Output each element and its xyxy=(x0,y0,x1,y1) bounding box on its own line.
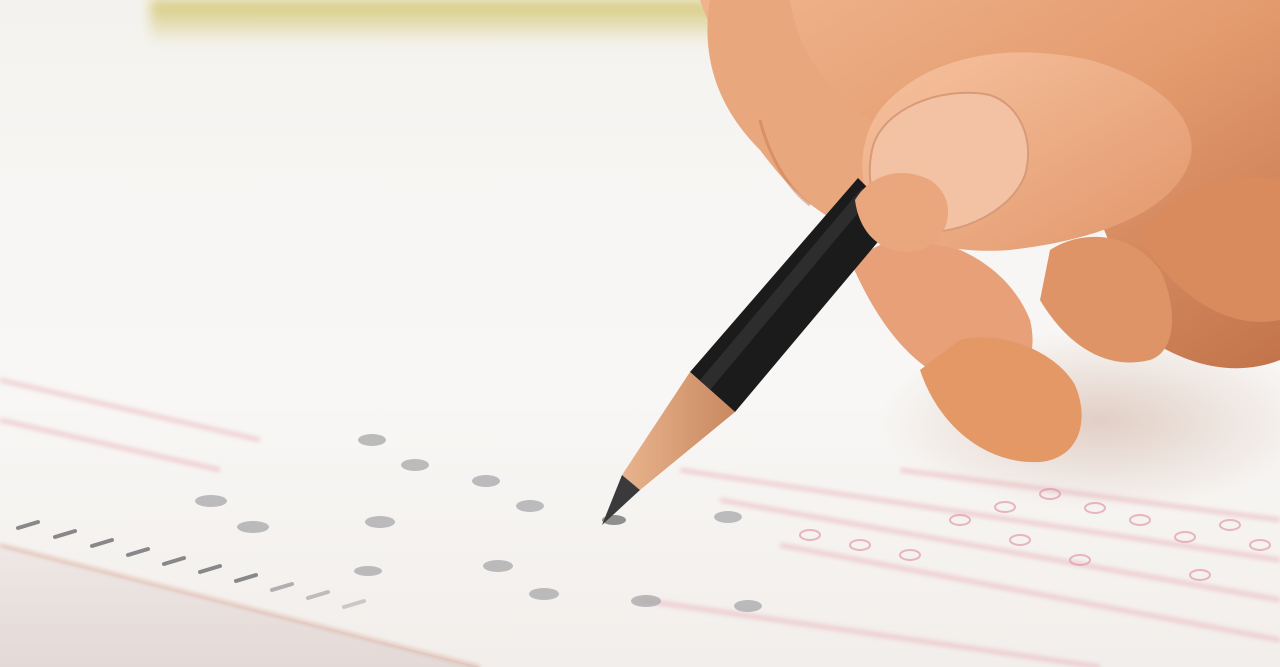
answer-bubbles xyxy=(195,434,762,612)
photo-scene xyxy=(0,0,1280,667)
photo-illustration xyxy=(0,0,1280,667)
background-yellow xyxy=(150,0,770,45)
pencil xyxy=(602,178,898,525)
